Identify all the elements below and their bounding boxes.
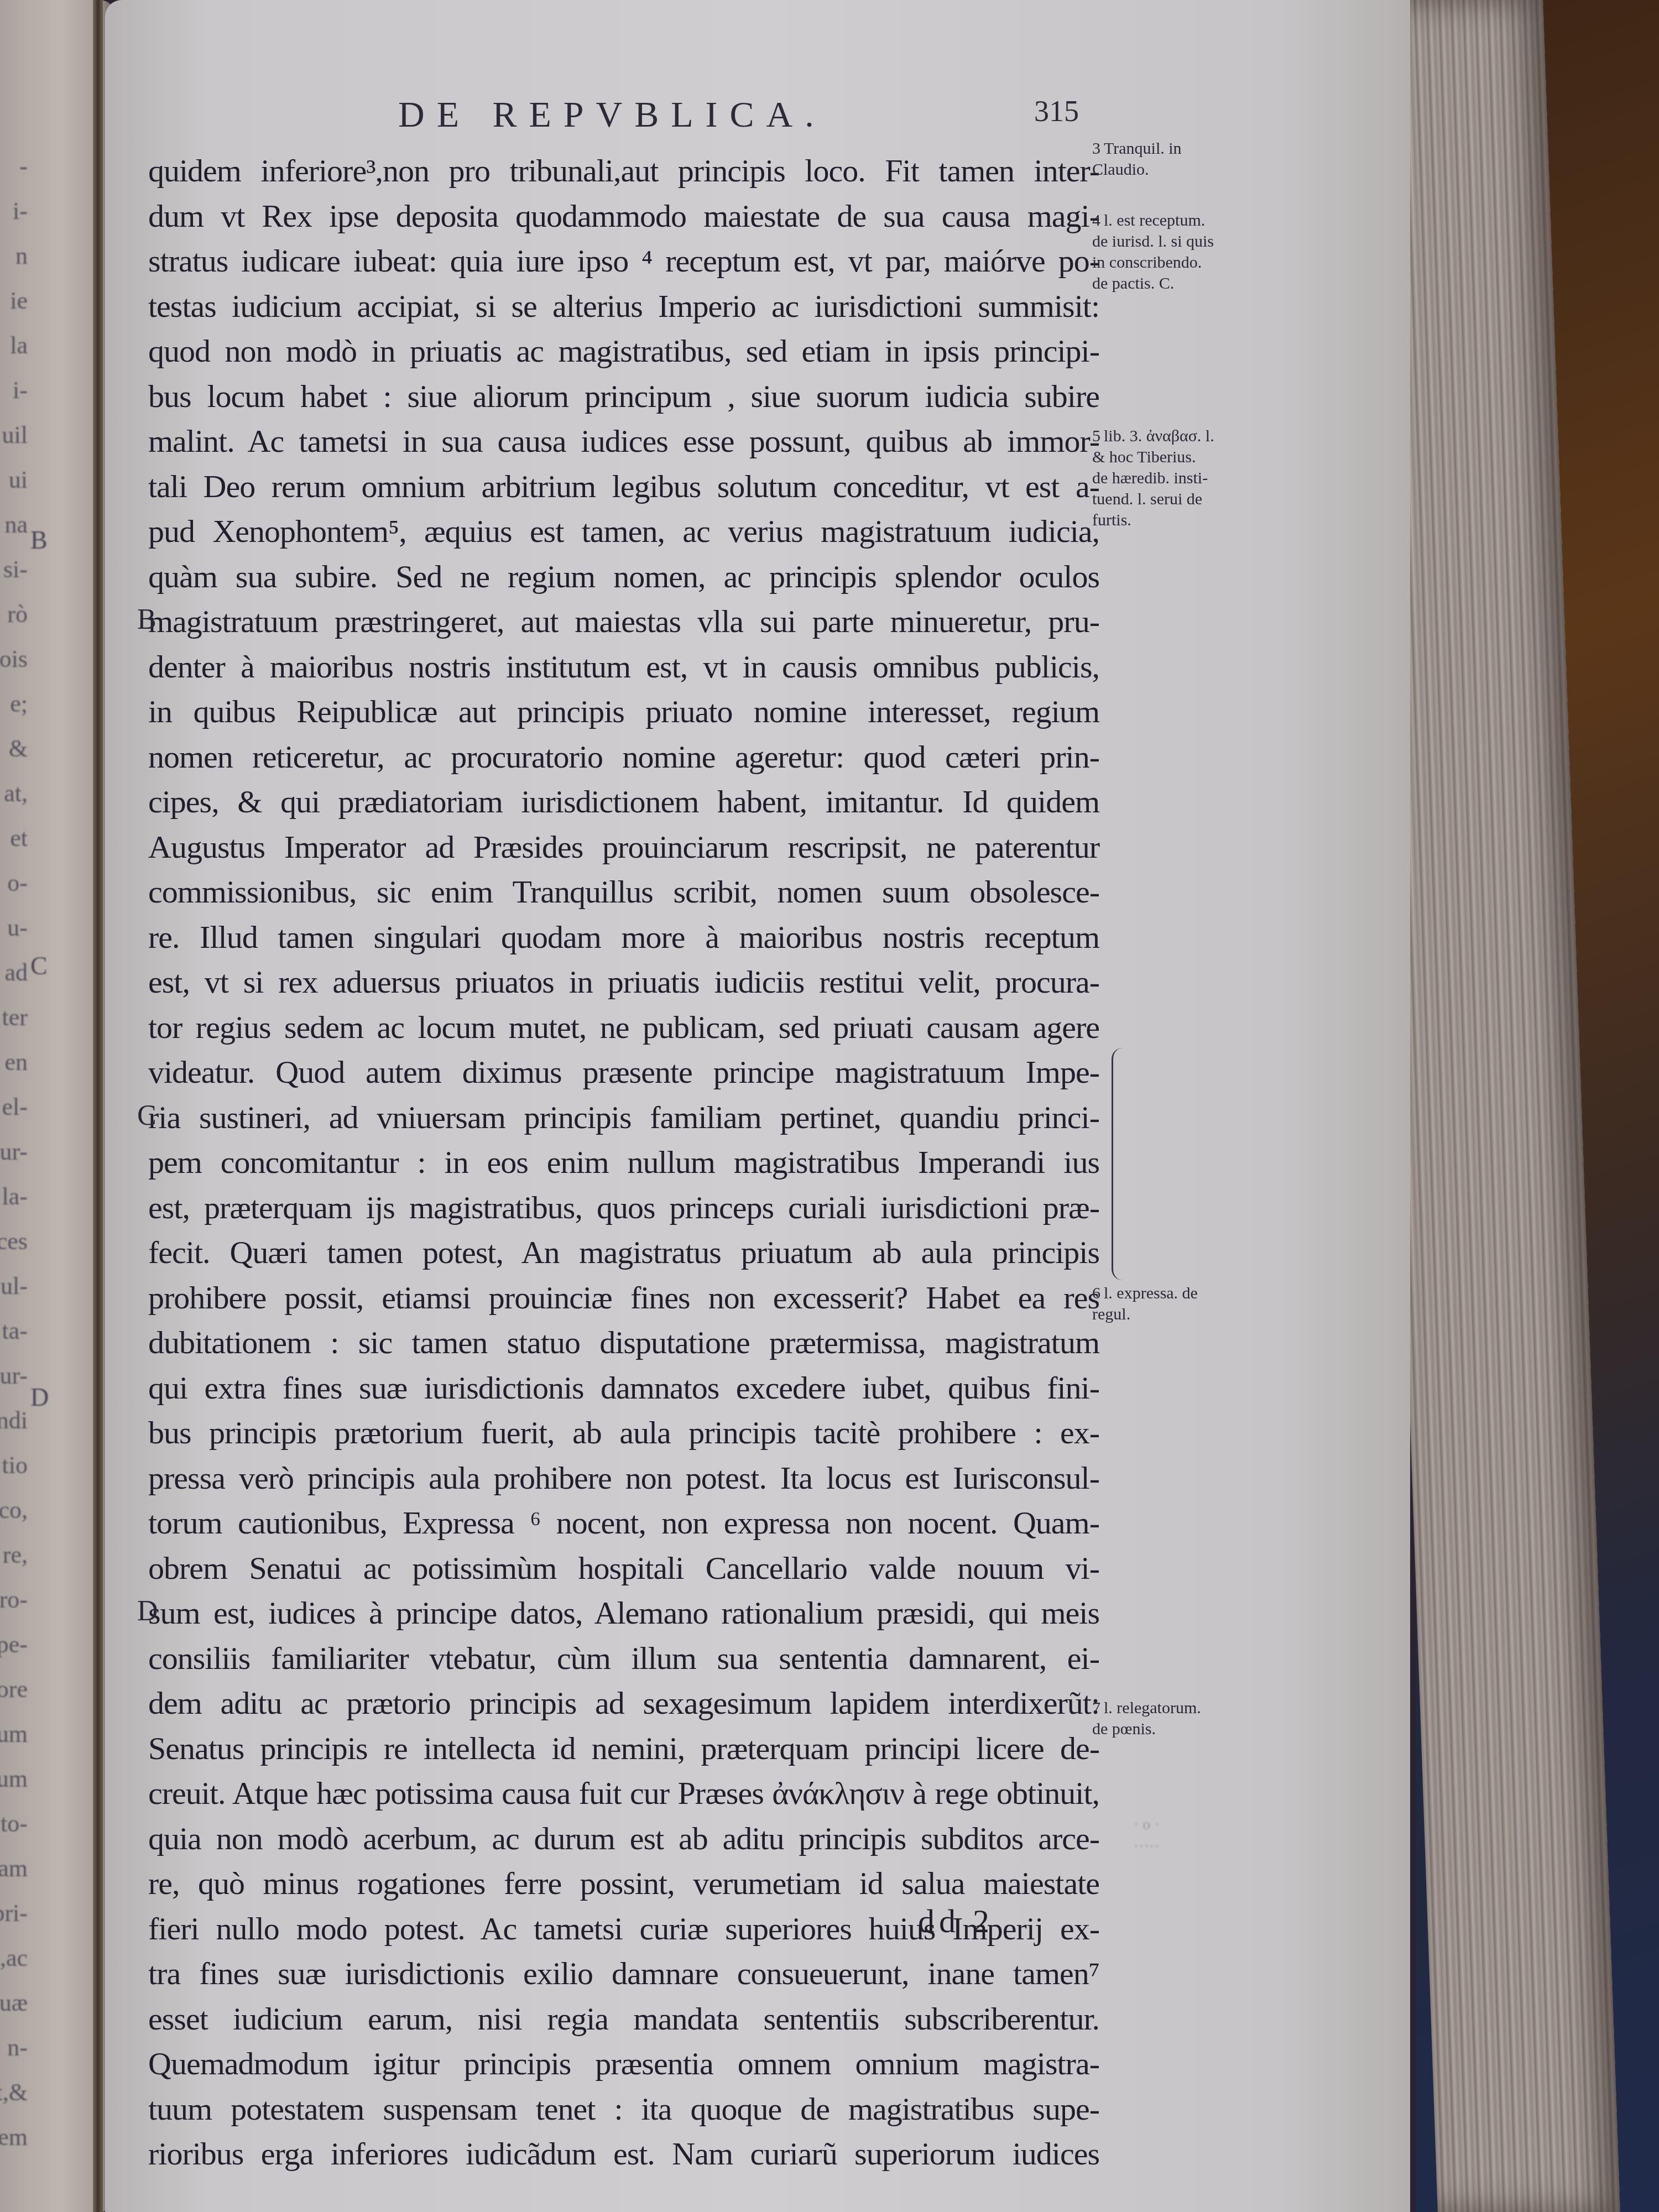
- text-line: est, vt si rex aduersus priuatos in priu…: [148, 959, 1099, 1005]
- text-line: est, præterquam ijs magistratibus, quos …: [148, 1185, 1099, 1230]
- text-line: videatur. Quod autem diximus præsente pr…: [148, 1050, 1099, 1095]
- text-line: consiliis familiariter vtebatur, cùm ill…: [148, 1636, 1099, 1681]
- note-text: lib. 3. ἀναβασ. l.: [1104, 427, 1214, 445]
- text-line: commissionibus, sic enim Tranquillus scr…: [148, 869, 1099, 915]
- left-page-fragment: ces: [0, 1219, 28, 1264]
- left-page-fragment: o-: [0, 860, 28, 905]
- text-line: fecit. Quæri tamen potest, An magistratu…: [148, 1230, 1099, 1275]
- left-page-fragment: en: [0, 1040, 28, 1084]
- left-page-section-letter: D: [30, 1383, 49, 1412]
- text-line: dubitationem : sic tamen statuo disputat…: [148, 1320, 1099, 1365]
- note-text: tuend. l. serui de: [1092, 490, 1202, 508]
- left-page-fragment: pri-: [0, 1891, 28, 1936]
- text-line: stratus iudicare iubeat: quia iure ipso …: [148, 238, 1099, 284]
- left-page-fragment: el-: [0, 1084, 28, 1129]
- text-line: Quemadmodum igitur principis præsentia o…: [148, 2041, 1099, 2086]
- left-page-fragment: ui: [0, 457, 28, 502]
- left-page-fragment: at,: [0, 771, 28, 816]
- note-number: 3: [1092, 139, 1100, 158]
- running-head: DE REPVBLICA.: [398, 94, 826, 136]
- marginal-note: 5lib. 3. ἀναβασ. l.& hoc Tiberius.de hær…: [1092, 426, 1258, 531]
- left-page-fragment: uil: [0, 413, 28, 457]
- note-text: l. relegatorum.: [1104, 1699, 1201, 1717]
- left-page-fragment: t,&: [0, 2070, 28, 2115]
- left-page-fragment: rò: [0, 592, 28, 637]
- text-line: bus locum habet : siue aliorum principum…: [148, 374, 1099, 419]
- text-line: pressa verò principis aula prohibere non…: [148, 1455, 1099, 1501]
- text-line: Augustus Imperator ad Præsides prouincia…: [148, 825, 1099, 870]
- left-page-fragment: um: [0, 1712, 28, 1756]
- left-page-fragment: u-: [0, 905, 28, 950]
- text-line: tali Deo rerum omnium arbitrium legibus …: [148, 464, 1099, 509]
- text-line: rioribus erga inferiores iudicãdum est. …: [148, 2131, 1099, 2177]
- text-line: re, quò minus rogationes ferre possint, …: [148, 1861, 1099, 1906]
- note-number: 7: [1092, 1699, 1100, 1717]
- margin-bracket: [1112, 1048, 1130, 1280]
- left-page-fragment: la: [0, 323, 28, 368]
- text-line: quia non modò acerbum, ac durum est ab a…: [148, 1816, 1099, 1861]
- left-page-fragment: -: [0, 144, 28, 189]
- text-line: dum vt Rex ipse deposita quodammodo maie…: [148, 194, 1099, 239]
- text-line: obrem Senatui ac potissimùm hospitali Ca…: [148, 1546, 1099, 1591]
- left-page-section-letter: C: [30, 951, 48, 980]
- text-line: cipes, & qui prædiatoriam iurisdictionem…: [148, 779, 1099, 825]
- left-page-fragment: i-: [0, 189, 28, 233]
- left-page-section-letter: B: [30, 525, 48, 555]
- note-text: l. est receptum.: [1104, 211, 1205, 229]
- left-page-fragment: pe-: [0, 1622, 28, 1667]
- left-page-fragment: re,: [0, 1532, 28, 1577]
- left-page-text-fragments: -i-nielai-uiluinasi-ròoise;&at,eto-u-adt…: [0, 144, 28, 2159]
- signature-mark: dd 2: [918, 1902, 994, 1940]
- book-gutter: [93, 0, 103, 2212]
- note-number: 4: [1092, 211, 1100, 229]
- left-page-fragment: tio: [0, 1443, 28, 1488]
- marginal-note: 3Tranquil. inClaudio.: [1092, 138, 1258, 180]
- text-line: in quibus Reipublicæ aut principis priua…: [148, 689, 1099, 734]
- marginal-note: 4l. est receptum.de iurisd. l. si quisin…: [1092, 210, 1258, 294]
- note-text: de pœnis.: [1092, 1720, 1156, 1738]
- left-page-fragment: ,ac: [0, 1936, 28, 1980]
- note-text: Tranquil. in: [1104, 139, 1182, 158]
- note-text: & hoc Tiberius.: [1092, 448, 1196, 466]
- note-number: 6: [1092, 1284, 1100, 1302]
- left-page-fragment: ta-: [0, 1308, 28, 1353]
- show-through-text: · o ······: [1134, 1814, 1160, 1858]
- left-page-fragment: am: [0, 1846, 28, 1891]
- left-page-fragment: n-: [0, 2025, 28, 2070]
- text-line: nomen reticeretur, ac procuratorio nomin…: [148, 734, 1099, 780]
- text-line: creuit. Atque hæc potissima causa fuit c…: [148, 1771, 1099, 1816]
- left-page-fragment: to-: [0, 1801, 28, 1846]
- text-line: denter à maioribus nostris institutum es…: [148, 644, 1099, 690]
- left-page-fragment: n: [0, 233, 28, 278]
- text-line: prohibere possit, etiamsi prouinciæ fine…: [148, 1275, 1099, 1321]
- marginal-note: 6l. expressa. deregul.: [1092, 1283, 1258, 1325]
- left-page-fragment: dem: [0, 2115, 28, 2159]
- note-text: de hæredib. insti-: [1092, 469, 1208, 487]
- text-line: dem aditu ac prætorio principis ad sexag…: [148, 1681, 1099, 1726]
- left-page-fragment: ter: [0, 995, 28, 1040]
- text-line: pud Xenophontem⁵, æquius est tamen, ac v…: [148, 509, 1099, 554]
- text-line: torum cautionibus, Expressa ⁶ nocent, no…: [148, 1500, 1099, 1546]
- text-line: quod non modò in priuatis ac magistratib…: [148, 328, 1099, 374]
- section-letter: B: [137, 603, 156, 636]
- marginal-note: 7l. relegatorum.de pœnis.: [1092, 1698, 1258, 1740]
- note-text: de pactis. C.: [1092, 274, 1174, 293]
- text-line: bus principis prætorium fuerit, ab aula …: [148, 1410, 1099, 1455]
- text-line: tra fines suæ iurisdictionis exilio damn…: [148, 1951, 1099, 1996]
- text-line: pem concomitantur : in eos enim nullum m…: [148, 1140, 1099, 1185]
- text-line: tuum potestatem suspensam tenet : ita qu…: [148, 2086, 1099, 2132]
- note-text: furtis.: [1092, 511, 1131, 529]
- page-number: 315: [1034, 94, 1079, 128]
- left-page-fragment: &: [0, 726, 28, 771]
- note-text: de iurisd. l. si quis: [1092, 232, 1214, 251]
- text-line: quidem inferiore³,non pro tribunali,aut …: [148, 148, 1099, 194]
- note-text: Claudio.: [1092, 160, 1149, 179]
- left-page-fragment: um: [0, 1756, 28, 1801]
- body-text: quidem inferiore³,non pro tribunali,aut …: [148, 148, 1099, 2177]
- text-line: ria sustineri, ad vniuersam principis fa…: [148, 1095, 1099, 1140]
- left-page-fragment: ore: [0, 1667, 28, 1712]
- left-page-fragment: la-: [0, 1174, 28, 1219]
- left-page-fragment: na: [0, 502, 28, 547]
- text-line: re. Illud tamen singulari quodam more à …: [148, 915, 1099, 960]
- text-line: qui extra fines suæ iurisdictionis damna…: [148, 1365, 1099, 1411]
- left-page-fragment: ro-: [0, 1577, 28, 1622]
- text-line: testas iudicium accipiat, si se alterius…: [148, 284, 1099, 329]
- left-page-fragment: ur-: [0, 1353, 28, 1398]
- left-page-fragment: co,: [0, 1488, 28, 1532]
- left-page-fragment: ur-: [0, 1129, 28, 1174]
- section-letter: D: [137, 1595, 158, 1627]
- text-line: quàm sua subire. Sed ne regium nomen, ac…: [148, 554, 1099, 599]
- left-page-fragment: ndi: [0, 1398, 28, 1443]
- left-page-fragment: si-: [0, 547, 28, 592]
- left-page-fragment: ad: [0, 950, 28, 995]
- text-line: magistratuum præstringeret, aut maiestas…: [148, 599, 1099, 644]
- text-line: sum est, iudices à principe datos, Alema…: [148, 1590, 1099, 1636]
- left-page-fragment: ois: [0, 637, 28, 681]
- text-line: esset iudicium earum, nisi regia mandata…: [148, 1996, 1099, 2042]
- left-page-fragment: ul-: [0, 1264, 28, 1308]
- note-text: regul.: [1092, 1305, 1130, 1323]
- note-number: 5: [1092, 427, 1100, 445]
- text-line: malint. Ac tametsi in sua causa iudices …: [148, 419, 1099, 464]
- left-page-fragment: e;: [0, 681, 28, 726]
- note-text: in conscribendo.: [1092, 253, 1202, 272]
- left-page-fragment: i-: [0, 368, 28, 413]
- left-page-fragment: et: [0, 816, 28, 860]
- section-letter: C: [137, 1099, 156, 1132]
- note-text: l. expressa. de: [1104, 1284, 1198, 1302]
- left-page-fragment: quæ: [0, 1980, 28, 2025]
- text-line: Senatus principis re intellecta id nemin…: [148, 1726, 1099, 1771]
- text-line: tor regius sedem ac locum mutet, ne publ…: [148, 1005, 1099, 1050]
- left-page-fragment: ie: [0, 278, 28, 323]
